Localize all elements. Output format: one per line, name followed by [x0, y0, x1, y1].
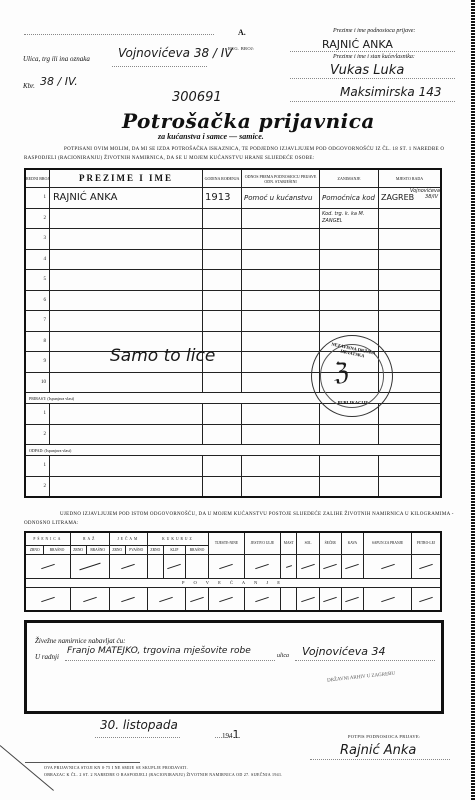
- year-handwritten: 1: [233, 728, 240, 741]
- member-work-note: Vojnovićeva 38/IV: [410, 188, 438, 200]
- year-prefix: 194: [222, 732, 233, 740]
- stock-table: PŠENICA RAŽ JEČAM KUKURUZ TIJESTE-NINE J…: [24, 531, 442, 612]
- col-jestivo-ulje: JESTIVO ULJE: [244, 532, 280, 554]
- year-printed: 1941: [222, 728, 240, 741]
- dash-mark: [121, 564, 135, 569]
- col-sapun: SAPUN ZA PRANJE: [364, 532, 412, 554]
- year-line: [215, 737, 240, 738]
- kbr-value: 38 / IV.: [40, 75, 78, 88]
- sub-klip: KLIP: [163, 545, 185, 554]
- footnote-1: OVA PRIJAVNICA STOJI KN 0·75 I NE SMIJE …: [44, 765, 188, 770]
- applicant-line: [290, 51, 455, 52]
- signature-value: Rajnić Anka: [340, 743, 416, 758]
- dash-mark: [160, 597, 174, 602]
- table-row: 5: [25, 270, 441, 291]
- dash-mark: [346, 564, 360, 569]
- dash-mark: [419, 564, 433, 569]
- official-stamp: NEZAVISNA DRŽAVA HRVATSKA ℨ PUBLIKACIJE: [311, 335, 393, 417]
- handwritten-note: Samo to lice: [110, 346, 215, 366]
- member-year: 1913: [203, 188, 242, 209]
- supply-label: Živežne namirnice nabavljat ću:: [35, 637, 125, 645]
- dash-mark: [346, 597, 360, 602]
- col-sol: SOL: [297, 532, 319, 554]
- dash-mark: [220, 597, 234, 602]
- sub-brasno: BRAŠNO: [44, 545, 70, 554]
- member-work: ZAGREB: [379, 193, 414, 202]
- table-row: 1: [25, 456, 441, 477]
- footnote-2: OBRAZAC K ČL. 2 ST. 2 NAREDBE O RASPODJE…: [44, 772, 283, 777]
- col-redni-broj: REDNI BROJ: [25, 169, 50, 188]
- sub-zrno: ZRNO: [25, 545, 44, 554]
- row-num: 7: [25, 311, 50, 332]
- col-secer: ŠEĆER: [319, 532, 341, 554]
- table-row: 4: [25, 249, 441, 270]
- row-num: 2: [25, 476, 50, 497]
- row-num: 2: [25, 208, 50, 229]
- form-subtitle: za kućanstva i samce — samice.: [158, 132, 264, 141]
- landlord-value: Vukas Luka: [330, 63, 404, 78]
- member-year: [203, 208, 242, 229]
- sub-zrno: ZRNO: [109, 545, 125, 554]
- row-num: 1: [25, 188, 50, 209]
- sub-brasno: BRAŠNO: [86, 545, 109, 554]
- col-godina: GODINA ROĐENJA: [203, 169, 242, 188]
- stock-row-increase: [25, 587, 441, 611]
- ulica-value: Vojnovićeva 38 / IV: [118, 46, 233, 60]
- street-value: Vojnovićeva 34: [302, 645, 386, 658]
- row-num: 8: [25, 331, 50, 352]
- date-line: [95, 737, 180, 738]
- scan-edge: [471, 0, 475, 800]
- table-row: 6: [25, 290, 441, 311]
- dash-mark: [41, 597, 55, 602]
- col-kukuruz: KUKURUZ: [147, 532, 208, 545]
- landlord-address: Maksimirska 143: [340, 85, 441, 99]
- col-prezime-ime: PREZIME I IME: [50, 169, 203, 188]
- row-num: 1: [25, 456, 50, 477]
- row-num: 10: [25, 372, 50, 393]
- dash-mark: [190, 597, 204, 602]
- date-value: 30. listopada: [100, 718, 178, 732]
- table-row: 2: [25, 476, 441, 497]
- stamp-signature: ℨ: [334, 358, 349, 386]
- dash-mark: [79, 563, 100, 571]
- street-line: [295, 660, 435, 661]
- dash-mark: [41, 564, 55, 569]
- col-raz: RAŽ: [70, 532, 109, 545]
- col-kava: KAVA: [341, 532, 363, 554]
- shop-value: Franjo MATEJKO, trgovina mješovite robe: [67, 646, 251, 656]
- col-jecam: JEČAM: [109, 532, 147, 545]
- col-zanimanje: ZANIMANJE: [320, 169, 379, 188]
- top-dotted-line: [24, 34, 214, 35]
- member-name: [50, 208, 203, 229]
- landlord-label: Prezime i ime i stan kućevlasnika:: [333, 54, 415, 60]
- table-row: 3: [25, 229, 441, 250]
- stock-header-row: PŠENICA RAŽ JEČAM KUKURUZ TIJESTE-NINE J…: [25, 532, 441, 545]
- dash-mark: [256, 597, 270, 602]
- street-label: ulica: [277, 653, 289, 659]
- dash-mark: [381, 597, 395, 602]
- member-occupation: Pomoćnica kod: [320, 188, 379, 209]
- row-num: 9: [25, 352, 50, 373]
- form-title: Potrošačka prijavnica: [122, 109, 375, 133]
- applicant-value: RAJNIĆ ANKA: [322, 38, 393, 51]
- dash-mark: [83, 597, 97, 602]
- address-line: [290, 101, 455, 102]
- row-num: 5: [25, 270, 50, 291]
- signature-line: [310, 759, 450, 760]
- members-header-row: REDNI BROJ PREZIME I IME GODINA ROĐENJA …: [25, 169, 441, 188]
- members-table: REDNI BROJ PREZIME I IME GODINA ROĐENJA …: [24, 168, 442, 498]
- row-num: 1: [25, 404, 50, 425]
- table-row: 2 Kod. trg. k. ka M. ZANGEL: [25, 208, 441, 229]
- row-num: 6: [25, 290, 50, 311]
- member-work: [379, 208, 442, 229]
- col-odnos: ODNOS PREMA PODNOSIOCU PRIJAVE ODN. STAR…: [242, 169, 320, 188]
- col-petrolej: PETRO-LEJ: [411, 532, 441, 554]
- col-mjesto-rada: MJESTO RADA: [379, 169, 442, 188]
- member-relation: Pomoć u kućanstvu: [242, 188, 320, 209]
- stamp-bottom-text: PUBLIKACIJE: [328, 400, 378, 405]
- dash-mark: [286, 565, 292, 568]
- sub-brasno: BRAŠNO: [186, 545, 209, 554]
- dash-mark: [323, 564, 337, 569]
- dash-mark: [256, 564, 270, 569]
- footnote-rule: [25, 762, 140, 763]
- increase-label: P O V E Ć A N J E: [25, 578, 441, 587]
- sub-zrno: ZRNO: [147, 545, 163, 554]
- ulica-line: [112, 66, 207, 67]
- row-num: 3: [25, 229, 50, 250]
- odpad-label: ODPAD: (Ispunjava vlast): [25, 445, 441, 456]
- dash-mark: [168, 564, 182, 569]
- dash-mark: [419, 597, 433, 602]
- dash-mark: [301, 597, 315, 602]
- form-letter: A.: [238, 28, 246, 37]
- table-row: 1 RAJNIĆ ANKA 1913 Pomoć u kućanstvu Pom…: [25, 188, 441, 209]
- reg-number: 300691: [172, 90, 222, 105]
- supply-box: Živežne namirnice nabavljat ću: U radnji…: [24, 620, 444, 714]
- stock-row-current: [25, 554, 441, 578]
- archive-stamp: DRŽAVNI ARHIV U ZAGREBU: [327, 671, 395, 683]
- member-occupation: Kod. trg. k. ka M. ZANGEL: [320, 208, 379, 229]
- table-row: 7: [25, 311, 441, 332]
- dash-mark: [121, 597, 135, 602]
- intro-text: POTPISANI OVIM MOLIM, DA MI SE IZDA POTR…: [24, 145, 454, 163]
- table-row: 2: [25, 424, 441, 445]
- col-psenica: PŠENICA: [25, 532, 70, 545]
- member-name: RAJNIĆ ANKA: [50, 188, 203, 209]
- landlord-line: [290, 78, 455, 79]
- col-mast: MAST: [281, 532, 297, 554]
- dash-mark: [220, 564, 234, 569]
- signature-label: POTPIS PODNOSIOCA PRIJAVE:: [348, 734, 420, 739]
- kbr-label: Kbr.: [23, 82, 35, 90]
- section-odpad: ODPAD: (Ispunjava vlast): [25, 445, 441, 456]
- stock-text: UJEDNO IZJAVLJUJEM POD ISTOM ODGOVORNOŠĆ…: [24, 510, 454, 528]
- dash-mark: [323, 597, 337, 602]
- dash-mark: [301, 564, 315, 569]
- applicant-label: Prezime i ime podnosioca prijave:: [333, 28, 415, 34]
- sub-brasno: PVAŠNO: [125, 545, 147, 554]
- shop-line: [65, 660, 275, 661]
- row-num: 2: [25, 424, 50, 445]
- dash-mark: [381, 564, 395, 569]
- stock-increase-row: P O V E Ć A N J E: [25, 578, 441, 587]
- member-work-cell: ZAGREB Vojnovićeva 38/IV: [379, 188, 442, 209]
- sub-zrno: ZRNO: [70, 545, 86, 554]
- row-num: 4: [25, 249, 50, 270]
- shop-label: U radnji: [35, 653, 59, 661]
- ulica-label: Ulica, trg ili ina oznaka: [23, 55, 90, 63]
- col-tjestenine: TIJESTE-NINE: [209, 532, 245, 554]
- member-relation: [242, 208, 320, 229]
